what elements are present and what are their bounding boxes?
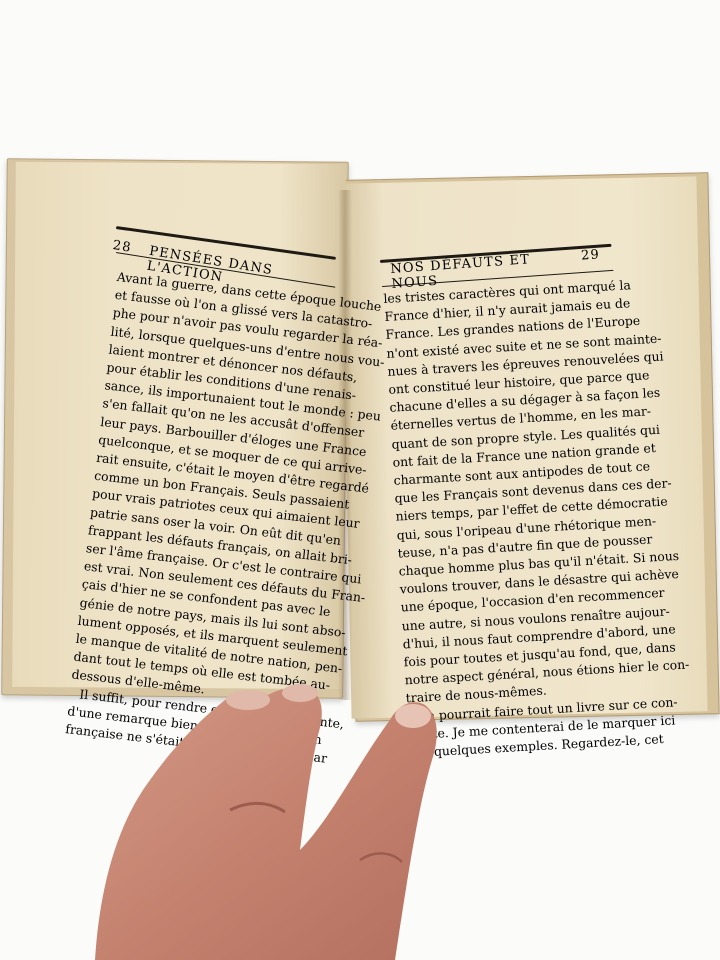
hand (0, 0, 720, 960)
photo-scene: 28 PENSÉES DANS L'ACTION Avant la guerre… (0, 0, 720, 960)
thumbnail (395, 704, 431, 728)
hand-shape (95, 688, 437, 960)
fingernail-index (226, 690, 270, 710)
fingernail-middle (282, 684, 318, 702)
